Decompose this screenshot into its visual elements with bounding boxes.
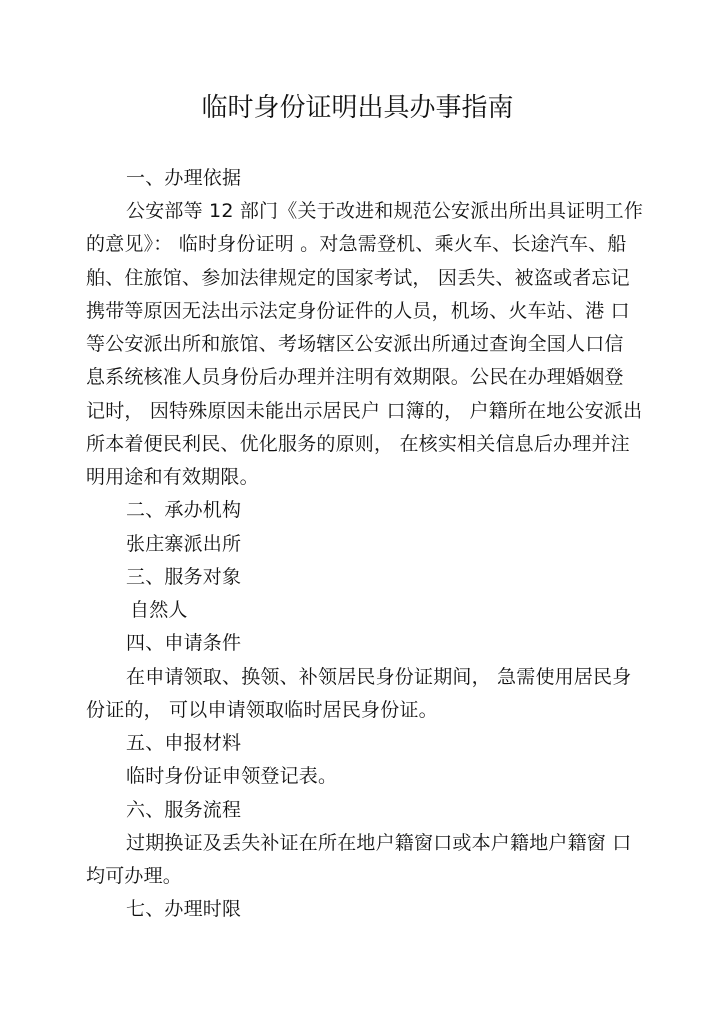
paragraph-line: 息系统核准人员身份后办理并注明有效期限。公民在办理婚姻登 [86, 364, 634, 390]
paragraph-line: 临时身份证申领登记表。 [126, 763, 674, 789]
paragraph-line: 在申请领取、换领、补领居民身份证期间， 急需使用居民身 [126, 664, 674, 690]
paragraph-line: 明用途和有效期限。 [86, 464, 634, 490]
section-heading: 四、申请条件 [126, 630, 674, 656]
paragraph-line: 舶、住旅馆、参加法律规定的国家考试， 因丢失、被盗或者忘记 [86, 265, 634, 291]
section-heading: 七、办理时限 [126, 896, 674, 922]
paragraph-line: 携带等原因无法出示法定身份证件的人员，机场、火车站、港 口 [86, 298, 634, 324]
paragraph-line: 张庄寨派出所 [126, 531, 674, 557]
paragraph-line: 等公安派出所和旅馆、考场辖区公安派出所通过查询全国人口信 [86, 331, 634, 357]
section-heading: 一、办理依据 [126, 165, 674, 191]
document-title: 临时身份证明出具办事指南 [0, 90, 715, 126]
paragraph-line: 均可办理。 [86, 863, 634, 889]
section-heading: 五、申报材料 [126, 730, 674, 756]
paragraph-line: 自然人 [130, 597, 678, 623]
section-heading: 二、承办机构 [126, 497, 674, 523]
section-heading: 三、服务对象 [126, 564, 674, 590]
paragraph-line: 的意见》： 临时身份证明 。对急需登机、乘火车、长途汽车、船 [86, 231, 634, 257]
paragraph-line: 公安部等 12 部门《关于改进和规范公安派出所出具证明工作 [126, 198, 674, 224]
paragraph-line: 记时， 因特殊原因未能出示居民户 口簿的， 户籍所在地公安派出 [86, 398, 634, 424]
paragraph-line: 份证的， 可以申请领取临时居民身份证。 [86, 697, 634, 723]
paragraph-line: 所本着便民利民、优化服务的原则， 在核实相关信息后办理并注 [86, 431, 634, 457]
section-heading: 六、服务流程 [126, 797, 674, 823]
paragraph-line: 过期换证及丢失补证在所在地户籍窗口或本户籍地户籍窗 口 [126, 830, 674, 856]
